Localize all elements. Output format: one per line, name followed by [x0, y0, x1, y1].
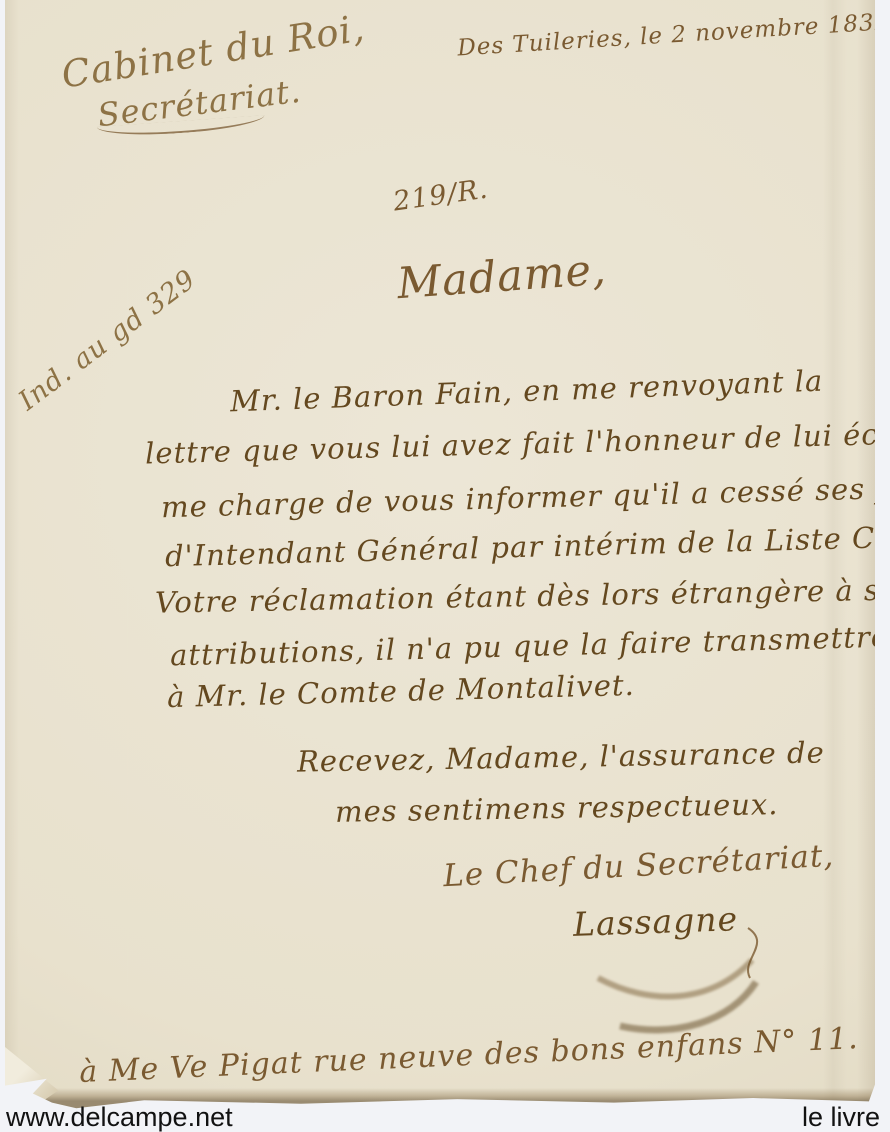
closing-line: Recevez, Madame, l'assurance de — [297, 735, 825, 778]
scanned-letter-page: Cabinet du Roi, Secrétariat. Des Tuileri… — [0, 0, 890, 1132]
body-line: lettre que vous lui avez fait l'honneur … — [145, 416, 890, 471]
body-line: Votre réclamation étant dès lors étrangè… — [155, 572, 890, 619]
body-line: me charge de vous informer qu'il a cessé… — [161, 468, 890, 524]
registry-annotation: Ind. au gd 329 — [13, 264, 202, 417]
address-line: à Me Ve Pigat rue neuve des bons enfans … — [79, 1021, 860, 1090]
reference-number: 219/R. — [391, 174, 490, 218]
body-line: Mr. le Baron Fain, en me renvoyant la — [230, 364, 824, 419]
body-line: attributions, il n'a pu que la faire tra… — [170, 620, 890, 673]
letter-paper: Cabinet du Roi, Secrétariat. Des Tuileri… — [5, 0, 875, 1132]
watermark-right: le livre — [802, 1102, 880, 1132]
closing-line: mes sentimens respectueux. — [335, 787, 779, 829]
body-line: d'Intendant Général par intérim de la Li… — [165, 519, 890, 574]
watermark-left: www.delcampe.net — [6, 1102, 233, 1132]
corner-fold-icon — [5, 1042, 63, 1104]
dateline: Des Tuileries, le 2 novembre 1832. — [457, 9, 890, 62]
body-line: à Mr. le Comte de Montalivet. — [167, 668, 636, 714]
signer-title: Le Chef du Secrétariat, — [442, 838, 835, 894]
salutation: Madame, — [396, 245, 609, 310]
signature-flourish — [580, 926, 790, 1041]
